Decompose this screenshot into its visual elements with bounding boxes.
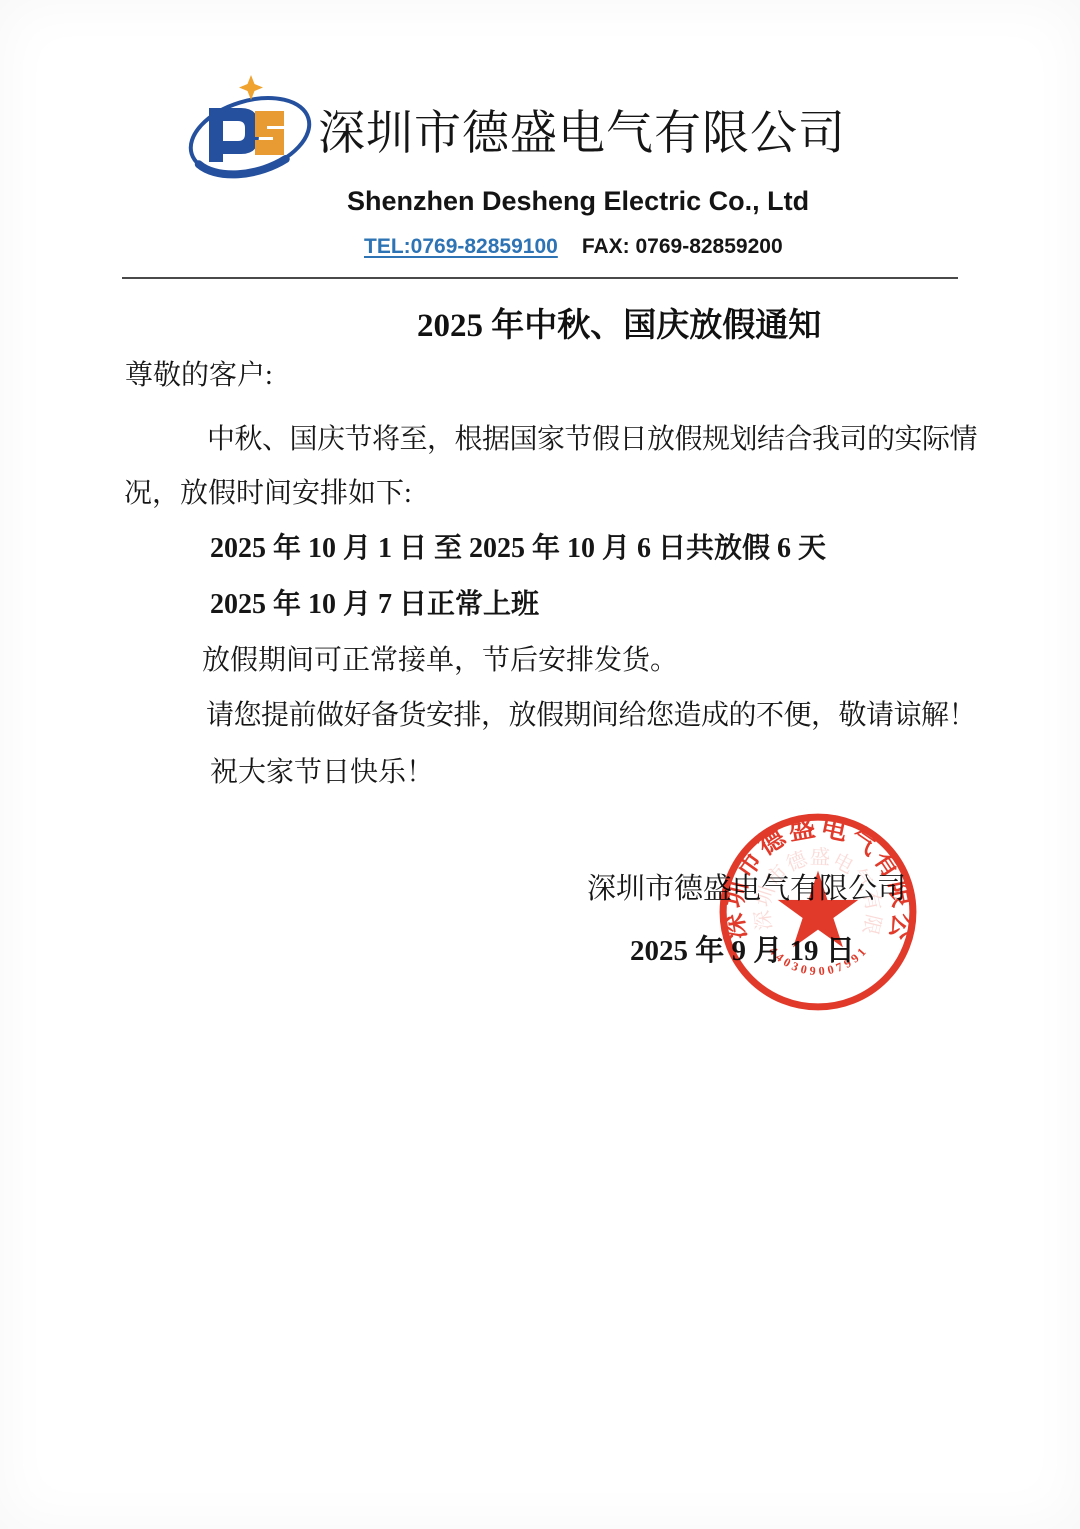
contact-row: TEL:0769-82859100 FAX: 0769-82859200 — [364, 235, 783, 259]
back-to-work-line: 2025 年 10 月 7 日正常上班 — [210, 589, 539, 621]
sparkle-icon — [239, 75, 263, 100]
prepare-line: 请您提前做好备货安排，放假期间给您造成的不便，敬请谅解！ — [206, 700, 976, 732]
tel-link[interactable]: TEL:0769-82859100 — [364, 235, 558, 259]
intro-line-2: 况，放假时间安排如下: — [124, 478, 412, 510]
holiday-dates-line: 2025 年 10 月 1 日 至 2025 年 10 月 6 日共放假 6 天 — [210, 533, 826, 565]
company-name-zh: 深圳市德盛电气有限公司 — [318, 96, 846, 163]
company-name-en: Shenzhen Desheng Electric Co., Ltd — [347, 186, 809, 217]
document-page: 深圳市德盛电气有限公司 Shenzhen Desheng Electric Co… — [0, 0, 1080, 1529]
orders-line: 放假期间可正常接单，节后安排发货。 — [202, 645, 678, 677]
wish-line: 祝大家节日快乐！ — [210, 757, 434, 789]
company-seal-stamp: 深圳市德盛电气有限公司 深圳市德盛电气有限公司 4403090079917 — [712, 806, 924, 1018]
seal-star-icon — [778, 871, 859, 948]
notice-title: 2025 年中秋、国庆放假通知 — [417, 299, 821, 346]
salutation-line: 尊敬的客户: — [125, 360, 273, 392]
fax-label: FAX: 0769-82859200 — [582, 235, 783, 259]
header-divider — [122, 277, 958, 279]
company-logo-icon — [183, 74, 317, 190]
intro-line-1: 中秋、国庆节将至，根据国家节假日放假规划结合我司的实际情 — [207, 424, 977, 456]
